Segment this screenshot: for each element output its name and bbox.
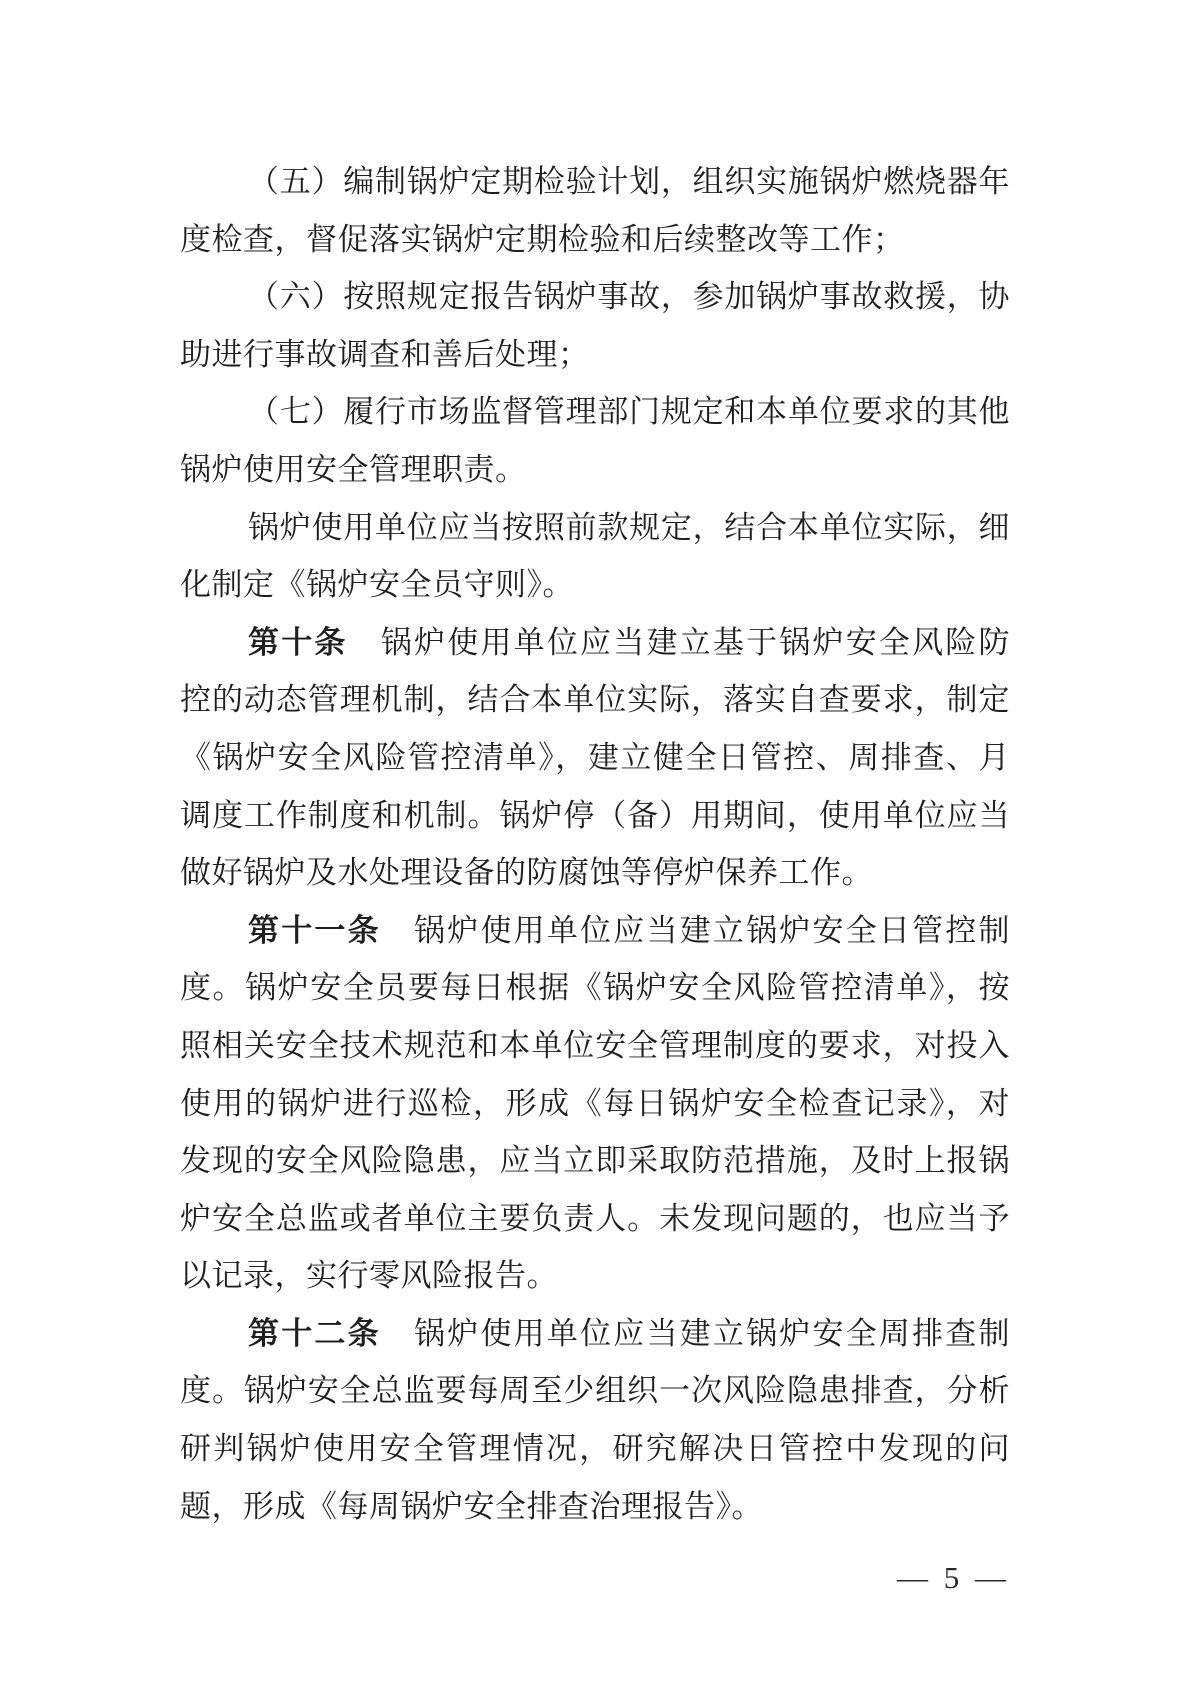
text-line: 题，形成《每周锅炉安全排查治理报告》。 xyxy=(180,1478,1010,1536)
document-body: （五）编制锅炉定期检验计划，组织实施锅炉燃烧器年度检查，督促落实锅炉定期检验和后… xyxy=(180,153,1010,1535)
text-line: （六）按照规定报告锅炉事故，参加锅炉事故救援，协 xyxy=(180,268,1010,326)
line-text: 锅炉使用安全管理职责。 xyxy=(180,452,527,487)
text-line: 助进行事故调查和善后处理； xyxy=(180,326,1010,384)
text-line: 照相关安全技术规范和本单位安全管理制度的要求，对投入 xyxy=(180,1017,1010,1075)
text-line: 做好锅炉及水处理设备的防腐蚀等停炉保养工作。 xyxy=(180,844,1010,902)
text-line: 锅炉使用安全管理职责。 xyxy=(180,441,1010,499)
line-text: 锅炉使用单位应当建立锅炉安全日管控制 xyxy=(381,913,1010,948)
text-line: 炉安全总监或者单位主要负责人。未发现问题的，也应当予 xyxy=(180,1190,1010,1248)
line-text: 锅炉使用单位应当建立基于锅炉安全风险防 xyxy=(348,625,1010,660)
line-text: 炉安全总监或者单位主要负责人。未发现问题的，也应当予 xyxy=(180,1201,1010,1236)
line-text: 控的动态管理机制，结合本单位实际，落实自查要求，制定 xyxy=(180,682,1010,717)
text-line: 第十一条 锅炉使用单位应当建立锅炉安全日管控制 xyxy=(180,902,1010,960)
text-line: 度。锅炉安全员要每日根据《锅炉安全风险管控清单》，按 xyxy=(180,959,1010,1017)
line-text: 助进行事故调查和善后处理； xyxy=(180,337,590,372)
article-number: 第十二条 xyxy=(248,1316,381,1351)
text-line: 《锅炉安全风险管控清单》，建立健全日管控、周排查、月 xyxy=(180,729,1010,787)
line-text: （七）履行市场监督管理部门规定和本单位要求的其他 xyxy=(248,394,1010,429)
line-text: 研判锅炉使用安全管理情况，研究解决日管控中发现的问 xyxy=(180,1431,1010,1466)
line-text: 照相关安全技术规范和本单位安全管理制度的要求，对投入 xyxy=(180,1028,1010,1063)
line-text: 度。锅炉安全总监要每周至少组织一次风险隐患排查，分析 xyxy=(180,1373,1010,1408)
text-line: 度检查，督促落实锅炉定期检验和后续整改等工作； xyxy=(180,211,1010,269)
article-number: 第十条 xyxy=(248,625,348,660)
line-text: 使用的锅炉进行巡检，形成《每日锅炉安全检查记录》，对 xyxy=(180,1086,1010,1121)
text-line: 研判锅炉使用安全管理情况，研究解决日管控中发现的问 xyxy=(180,1420,1010,1478)
line-text: 以记录，实行零风险报告。 xyxy=(180,1258,558,1293)
text-line: 第十条 锅炉使用单位应当建立基于锅炉安全风险防 xyxy=(180,614,1010,672)
text-line: 锅炉使用单位应当按照前款规定，结合本单位实际，细 xyxy=(180,499,1010,557)
line-text: 《锅炉安全风险管控清单》，建立健全日管控、周排查、月 xyxy=(180,740,1010,775)
line-text: （五）编制锅炉定期检验计划，组织实施锅炉燃烧器年 xyxy=(248,164,1010,199)
text-line: 第十二条 锅炉使用单位应当建立锅炉安全周排查制 xyxy=(180,1305,1010,1363)
text-line: （五）编制锅炉定期检验计划，组织实施锅炉燃烧器年 xyxy=(180,153,1010,211)
line-text: 做好锅炉及水处理设备的防腐蚀等停炉保养工作。 xyxy=(180,855,873,890)
text-line: 度。锅炉安全总监要每周至少组织一次风险隐患排查，分析 xyxy=(180,1362,1010,1420)
text-line: 化制定《锅炉安全员守则》。 xyxy=(180,556,1010,614)
line-text: 锅炉使用单位应当建立锅炉安全周排查制 xyxy=(381,1316,1010,1351)
text-line: 控的动态管理机制，结合本单位实际，落实自查要求，制定 xyxy=(180,671,1010,729)
line-text: 化制定《锅炉安全员守则》。 xyxy=(180,567,574,602)
line-text: 发现的安全风险隐患，应当立即采取防范措施，及时上报锅 xyxy=(180,1143,1010,1178)
document-page: （五）编制锅炉定期检验计划，组织实施锅炉燃烧器年度检查，督促落实锅炉定期检验和后… xyxy=(0,0,1190,1683)
line-text: 度检查，督促落实锅炉定期检验和后续整改等工作； xyxy=(180,222,905,257)
line-text: 度。锅炉安全员要每日根据《锅炉安全风险管控清单》，按 xyxy=(180,970,1010,1005)
page-number: — 5 — xyxy=(897,1556,1010,1600)
line-text: 锅炉使用单位应当按照前款规定，结合本单位实际，细 xyxy=(248,510,1010,545)
line-text: （六）按照规定报告锅炉事故，参加锅炉事故救援，协 xyxy=(248,279,1010,314)
text-line: 调度工作制度和机制。锅炉停（备）用期间，使用单位应当 xyxy=(180,787,1010,845)
text-line: （七）履行市场监督管理部门规定和本单位要求的其他 xyxy=(180,383,1010,441)
line-text: 题，形成《每周锅炉安全排查治理报告》。 xyxy=(180,1489,763,1524)
article-number: 第十一条 xyxy=(248,913,381,948)
text-line: 以记录，实行零风险报告。 xyxy=(180,1247,1010,1305)
line-text: 调度工作制度和机制。锅炉停（备）用期间，使用单位应当 xyxy=(180,798,1010,833)
text-line: 发现的安全风险隐患，应当立即采取防范措施，及时上报锅 xyxy=(180,1132,1010,1190)
text-line: 使用的锅炉进行巡检，形成《每日锅炉安全检查记录》，对 xyxy=(180,1075,1010,1133)
